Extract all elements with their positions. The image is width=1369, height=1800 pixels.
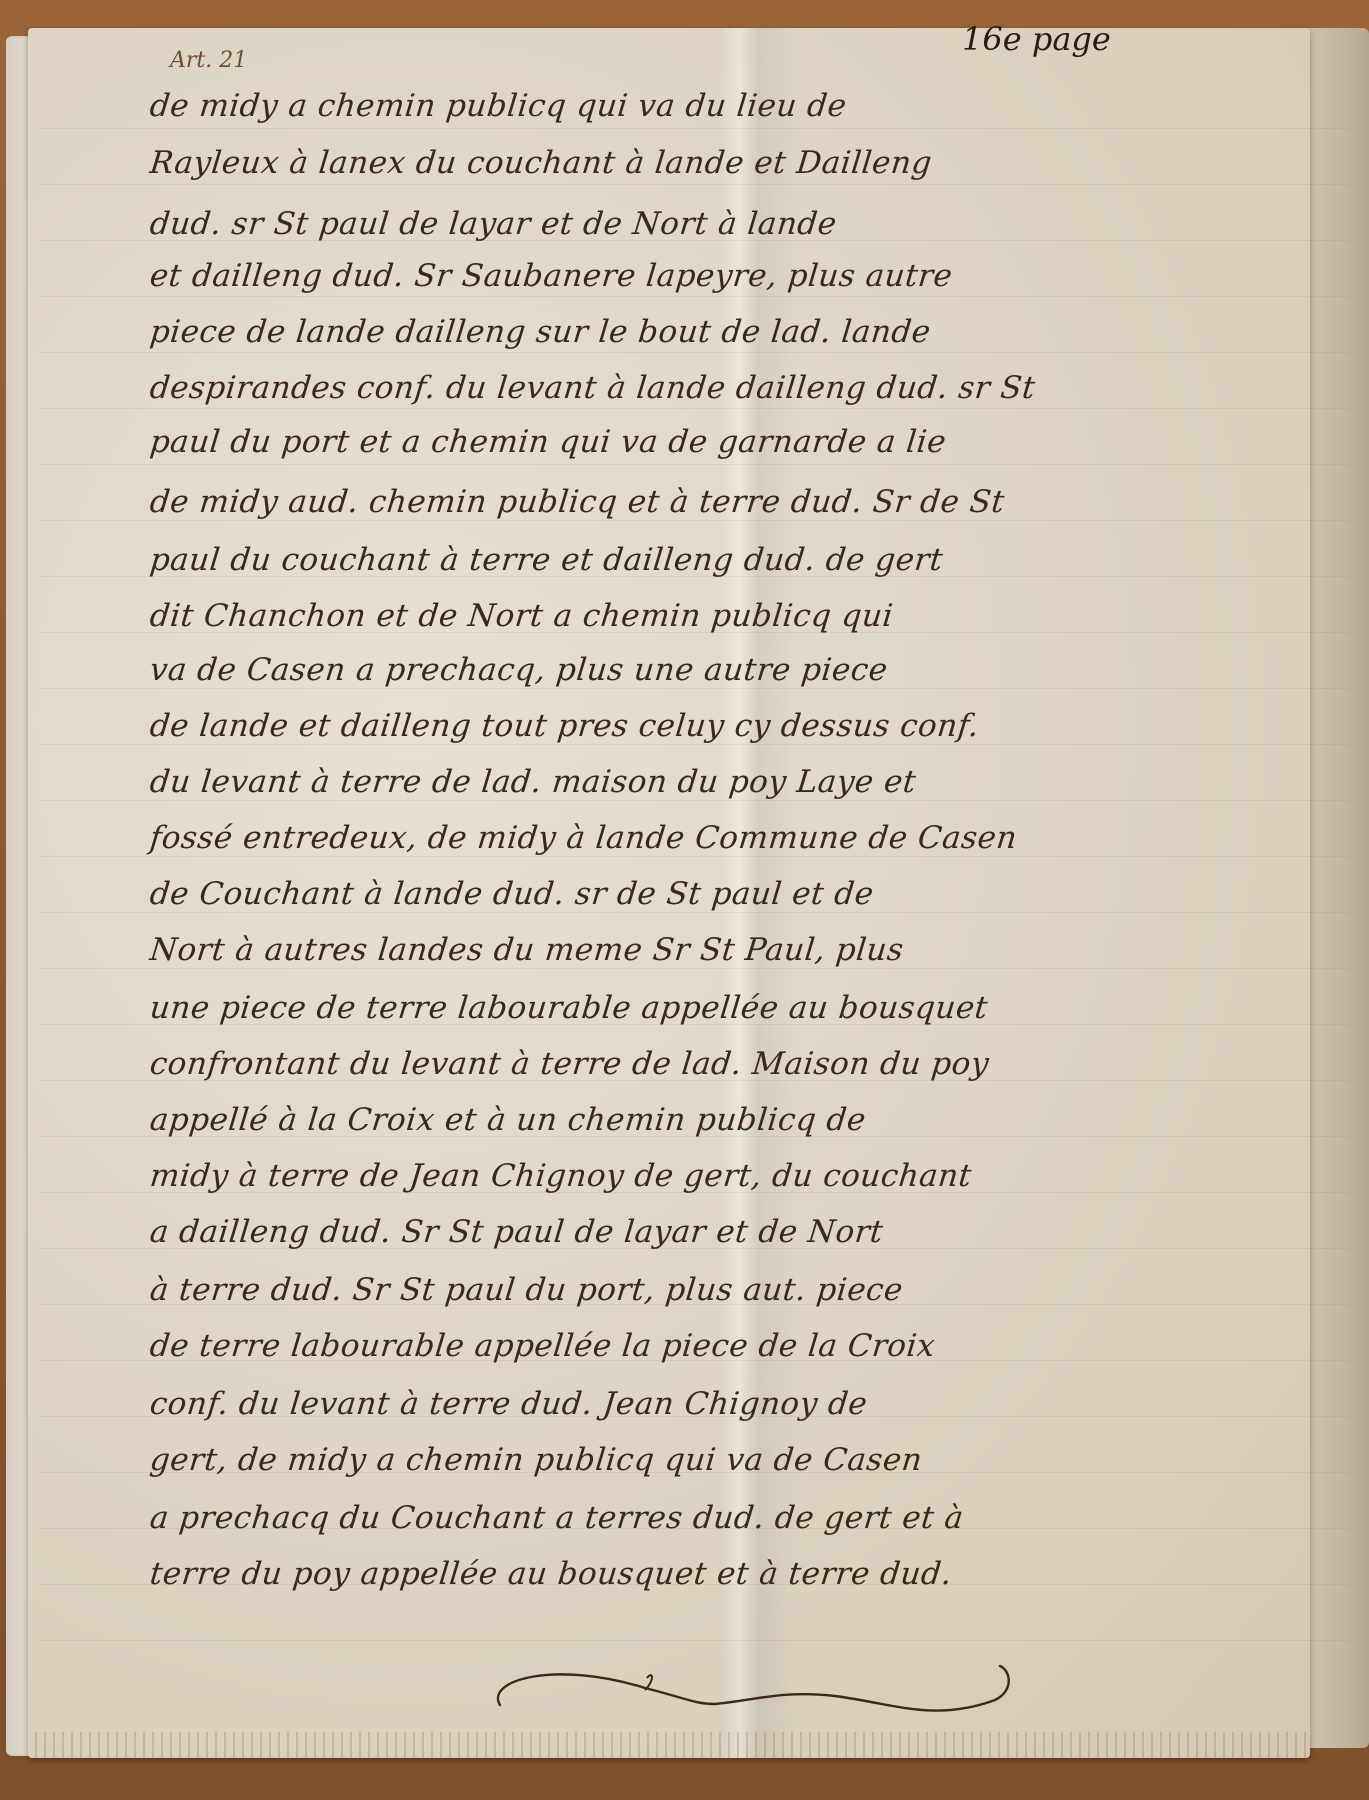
text-line: de midy a chemin publicq qui va du lieu …: [148, 88, 1332, 124]
text-line: de terre labourable appellée la piece de…: [148, 1328, 1332, 1364]
text-line: à terre dud. Sr St paul du port, plus au…: [148, 1272, 1332, 1308]
text-line: midy à terre de Jean Chignoy de gert, du…: [148, 1158, 1332, 1194]
ruling-line: [40, 744, 1349, 745]
closing-flourish-icon: [495, 1660, 1025, 1720]
text-line: fossé entredeux, de midy à lande Commune…: [148, 820, 1332, 856]
text-line: confrontant du levant à terre de lad. Ma…: [148, 1046, 1332, 1082]
text-line: a dailleng dud. Sr St paul de layar et d…: [148, 1214, 1332, 1250]
ruling-line: [40, 408, 1349, 409]
ruling-line: [40, 352, 1349, 353]
ruling-line: [40, 800, 1349, 801]
margin-note: Art. 21: [170, 48, 247, 73]
text-line: Rayleux à lanex du couchant à lande et D…: [148, 145, 1332, 181]
text-line: une piece de terre labourable appellée a…: [148, 990, 1332, 1026]
text-line: appellé à la Croix et à un chemin public…: [148, 1102, 1332, 1138]
text-line: dud. sr St paul de layar et de Nort à la…: [148, 206, 1332, 242]
text-line: et dailleng dud. Sr Saubanere lapeyre, p…: [148, 258, 1332, 294]
page-number: 16e page: [962, 20, 1111, 58]
ruling-line: [40, 296, 1349, 297]
text-line: Nort à autres landes du meme Sr St Paul,…: [148, 932, 1332, 968]
ruling-line: [40, 520, 1349, 521]
ruling-line: [40, 688, 1349, 689]
text-line: dit Chanchon et de Nort a chemin publicq…: [148, 598, 1332, 634]
ruling-line: [40, 184, 1349, 185]
text-line: a prechacq du Couchant a terres dud. de …: [148, 1500, 1332, 1536]
text-line: va de Casen a prechacq, plus une autre p…: [148, 652, 1332, 688]
ruling-line: [40, 128, 1349, 129]
text-line: paul du couchant à terre et dailleng dud…: [148, 542, 1332, 578]
text-line: piece de lande dailleng sur le bout de l…: [148, 314, 1332, 350]
text-line: paul du port et a chemin qui va de garna…: [148, 424, 1332, 460]
ruling-line: [40, 1640, 1349, 1641]
text-line: terre du poy appellée au bousquet et à t…: [148, 1556, 1332, 1592]
ruling-line: [40, 968, 1349, 969]
text-line: de lande et dailleng tout pres celuy cy …: [148, 708, 1332, 744]
ruling-line: [40, 912, 1349, 913]
text-line: de Couchant à lande dud. sr de St paul e…: [148, 876, 1332, 912]
text-line: du levant à terre de lad. maison du poy …: [148, 764, 1332, 800]
text-line: conf. du levant à terre dud. Jean Chigno…: [148, 1386, 1332, 1422]
text-line: de midy aud. chemin publicq et à terre d…: [148, 484, 1332, 520]
ruling-line: [40, 464, 1349, 465]
text-line: despirandes conf. du levant à lande dail…: [148, 370, 1332, 406]
text-line: gert, de midy a chemin publicq qui va de…: [148, 1442, 1332, 1478]
ruling-line: [40, 856, 1349, 857]
